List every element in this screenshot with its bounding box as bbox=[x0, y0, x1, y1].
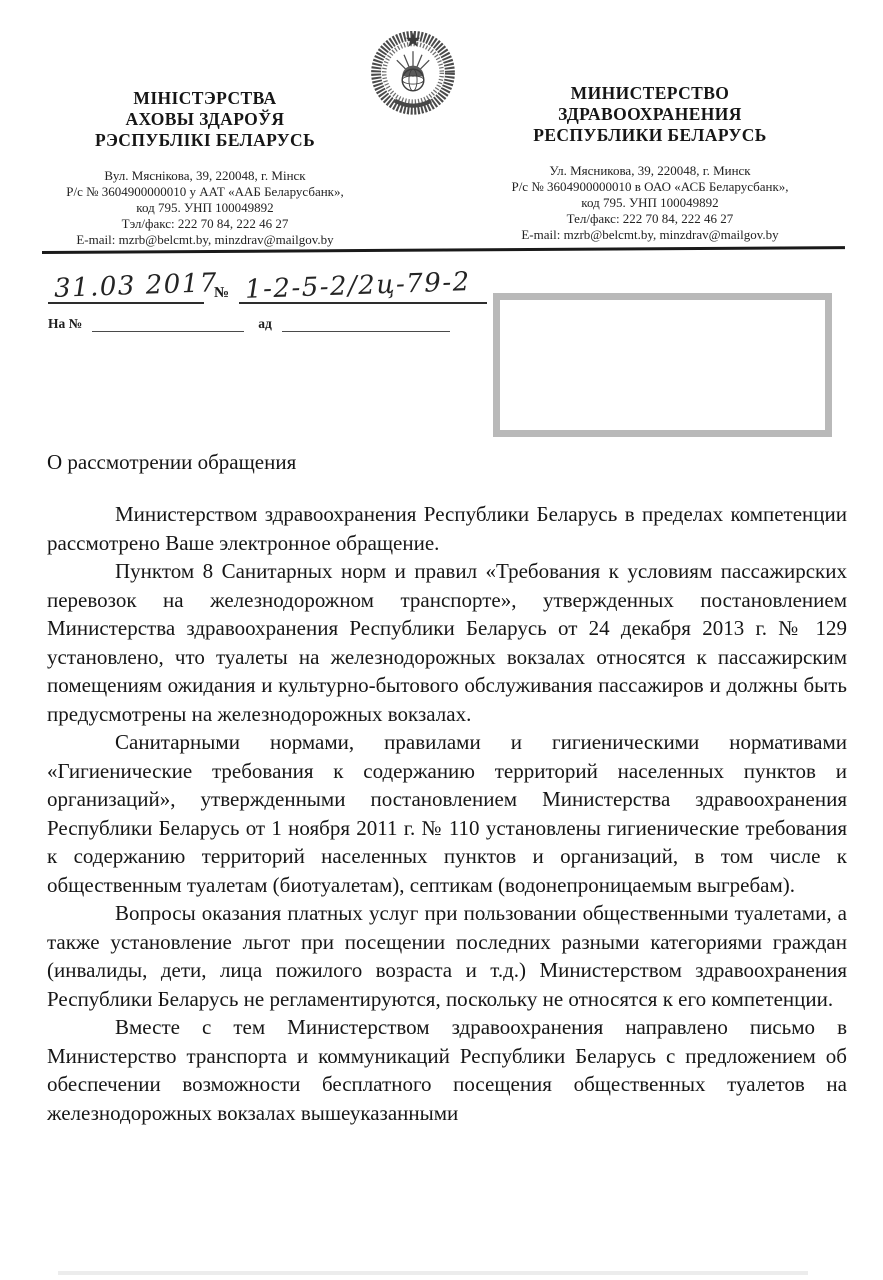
body-paragraph: Вместе с тем Министерством здравоохранен… bbox=[47, 1013, 847, 1127]
address-line: код 795. УНП 100049892 bbox=[455, 195, 845, 211]
na-no-label: На № bbox=[48, 316, 82, 332]
org-line: РЭСПУБЛІКІ БЕЛАРУСЬ bbox=[40, 130, 370, 151]
address-line: Тел/факс: 222 70 84, 222 46 27 bbox=[455, 211, 845, 227]
org-line: АХОВЫ ЗДАРОЎЯ bbox=[40, 109, 370, 130]
org-name-belarusian: МІНІСТЭРСТВА АХОВЫ ЗДАРОЎЯ РЭСПУБЛІКІ БЕ… bbox=[40, 88, 370, 151]
body-paragraph: Пунктом 8 Санитарных норм и правил «Треб… bbox=[47, 557, 847, 728]
belarus-coat-of-arms-icon bbox=[368, 26, 458, 116]
body-paragraph: Санитарными нормами, правилами и гигиени… bbox=[47, 728, 847, 899]
handwritten-date: 31.03 2017 bbox=[54, 268, 219, 304]
scan-artifact-line bbox=[58, 1271, 808, 1275]
address-line: Р/с № 3604900000010 в ОАО «АСБ Беларусба… bbox=[455, 179, 845, 195]
reference-row: 31.03 2017 № 1-2-5-2/2ц-79-2 bbox=[48, 258, 487, 304]
recipient-redaction-box bbox=[493, 293, 832, 437]
org-line: МІНІСТЭРСТВА bbox=[40, 88, 370, 109]
outgoing-date-field: 31.03 2017 bbox=[48, 271, 204, 304]
org-line: ЗДРАВООХРАНЕНИЯ bbox=[455, 104, 845, 125]
scanned-letter-page: МІНІСТЭРСТВА АХОВЫ ЗДАРОЎЯ РЭСПУБЛІКІ БЕ… bbox=[0, 0, 883, 1280]
incoming-number-blank-line bbox=[92, 317, 244, 332]
address-line: E-mail: mzrb@belcmt.by, minzdrav@mailgov… bbox=[455, 227, 845, 243]
address-line: Ул. Мясникова, 39, 220048, г. Минск bbox=[455, 163, 845, 179]
address-line: E-mail: mzrb@belcmt.by, minzdrav@mailgov… bbox=[40, 232, 370, 248]
org-line: РЕСПУБЛИКИ БЕЛАРУСЬ bbox=[455, 125, 845, 146]
letterhead-left-belarusian: МІНІСТЭРСТВА АХОВЫ ЗДАРОЎЯ РЭСПУБЛІКІ БЕ… bbox=[40, 26, 370, 248]
org-address-belarusian: Вул. Мяснікова, 39, 220048, г. Мінск Р/с… bbox=[40, 168, 370, 248]
letter-body: Министерством здравоохранения Республики… bbox=[47, 500, 847, 1127]
org-name-russian: МИНИСТЕРСТВО ЗДРАВООХРАНЕНИЯ РЕСПУБЛИКИ … bbox=[455, 83, 845, 146]
address-line: код 795. УНП 100049892 bbox=[40, 200, 370, 216]
address-line: Р/с № 3604900000010 у ААТ «ААБ Беларусба… bbox=[40, 184, 370, 200]
body-paragraph: Вопросы оказания платных услуг при польз… bbox=[47, 899, 847, 1013]
subject-line: О рассмотрении обращения bbox=[47, 450, 296, 475]
letterhead-right-russian: МИНИСТЕРСТВО ЗДРАВООХРАНЕНИЯ РЕСПУБЛИКИ … bbox=[455, 26, 845, 243]
incoming-reference-row: На № ад bbox=[48, 312, 450, 332]
body-paragraph: Министерством здравоохранения Республики… bbox=[47, 500, 847, 557]
org-address-russian: Ул. Мясникова, 39, 220048, г. Минск Р/с … bbox=[455, 163, 845, 243]
address-line: Вул. Мяснікова, 39, 220048, г. Мінск bbox=[40, 168, 370, 184]
address-line: Тэл/факс: 222 70 84, 222 46 27 bbox=[40, 216, 370, 232]
org-line: МИНИСТЕРСТВО bbox=[455, 83, 845, 104]
outgoing-number-field: 1-2-5-2/2ц-79-2 bbox=[239, 271, 487, 304]
incoming-date-blank-line bbox=[282, 317, 450, 332]
handwritten-number: 1-2-5-2/2ц-79-2 bbox=[245, 267, 472, 305]
ad-label: ад bbox=[258, 316, 272, 332]
